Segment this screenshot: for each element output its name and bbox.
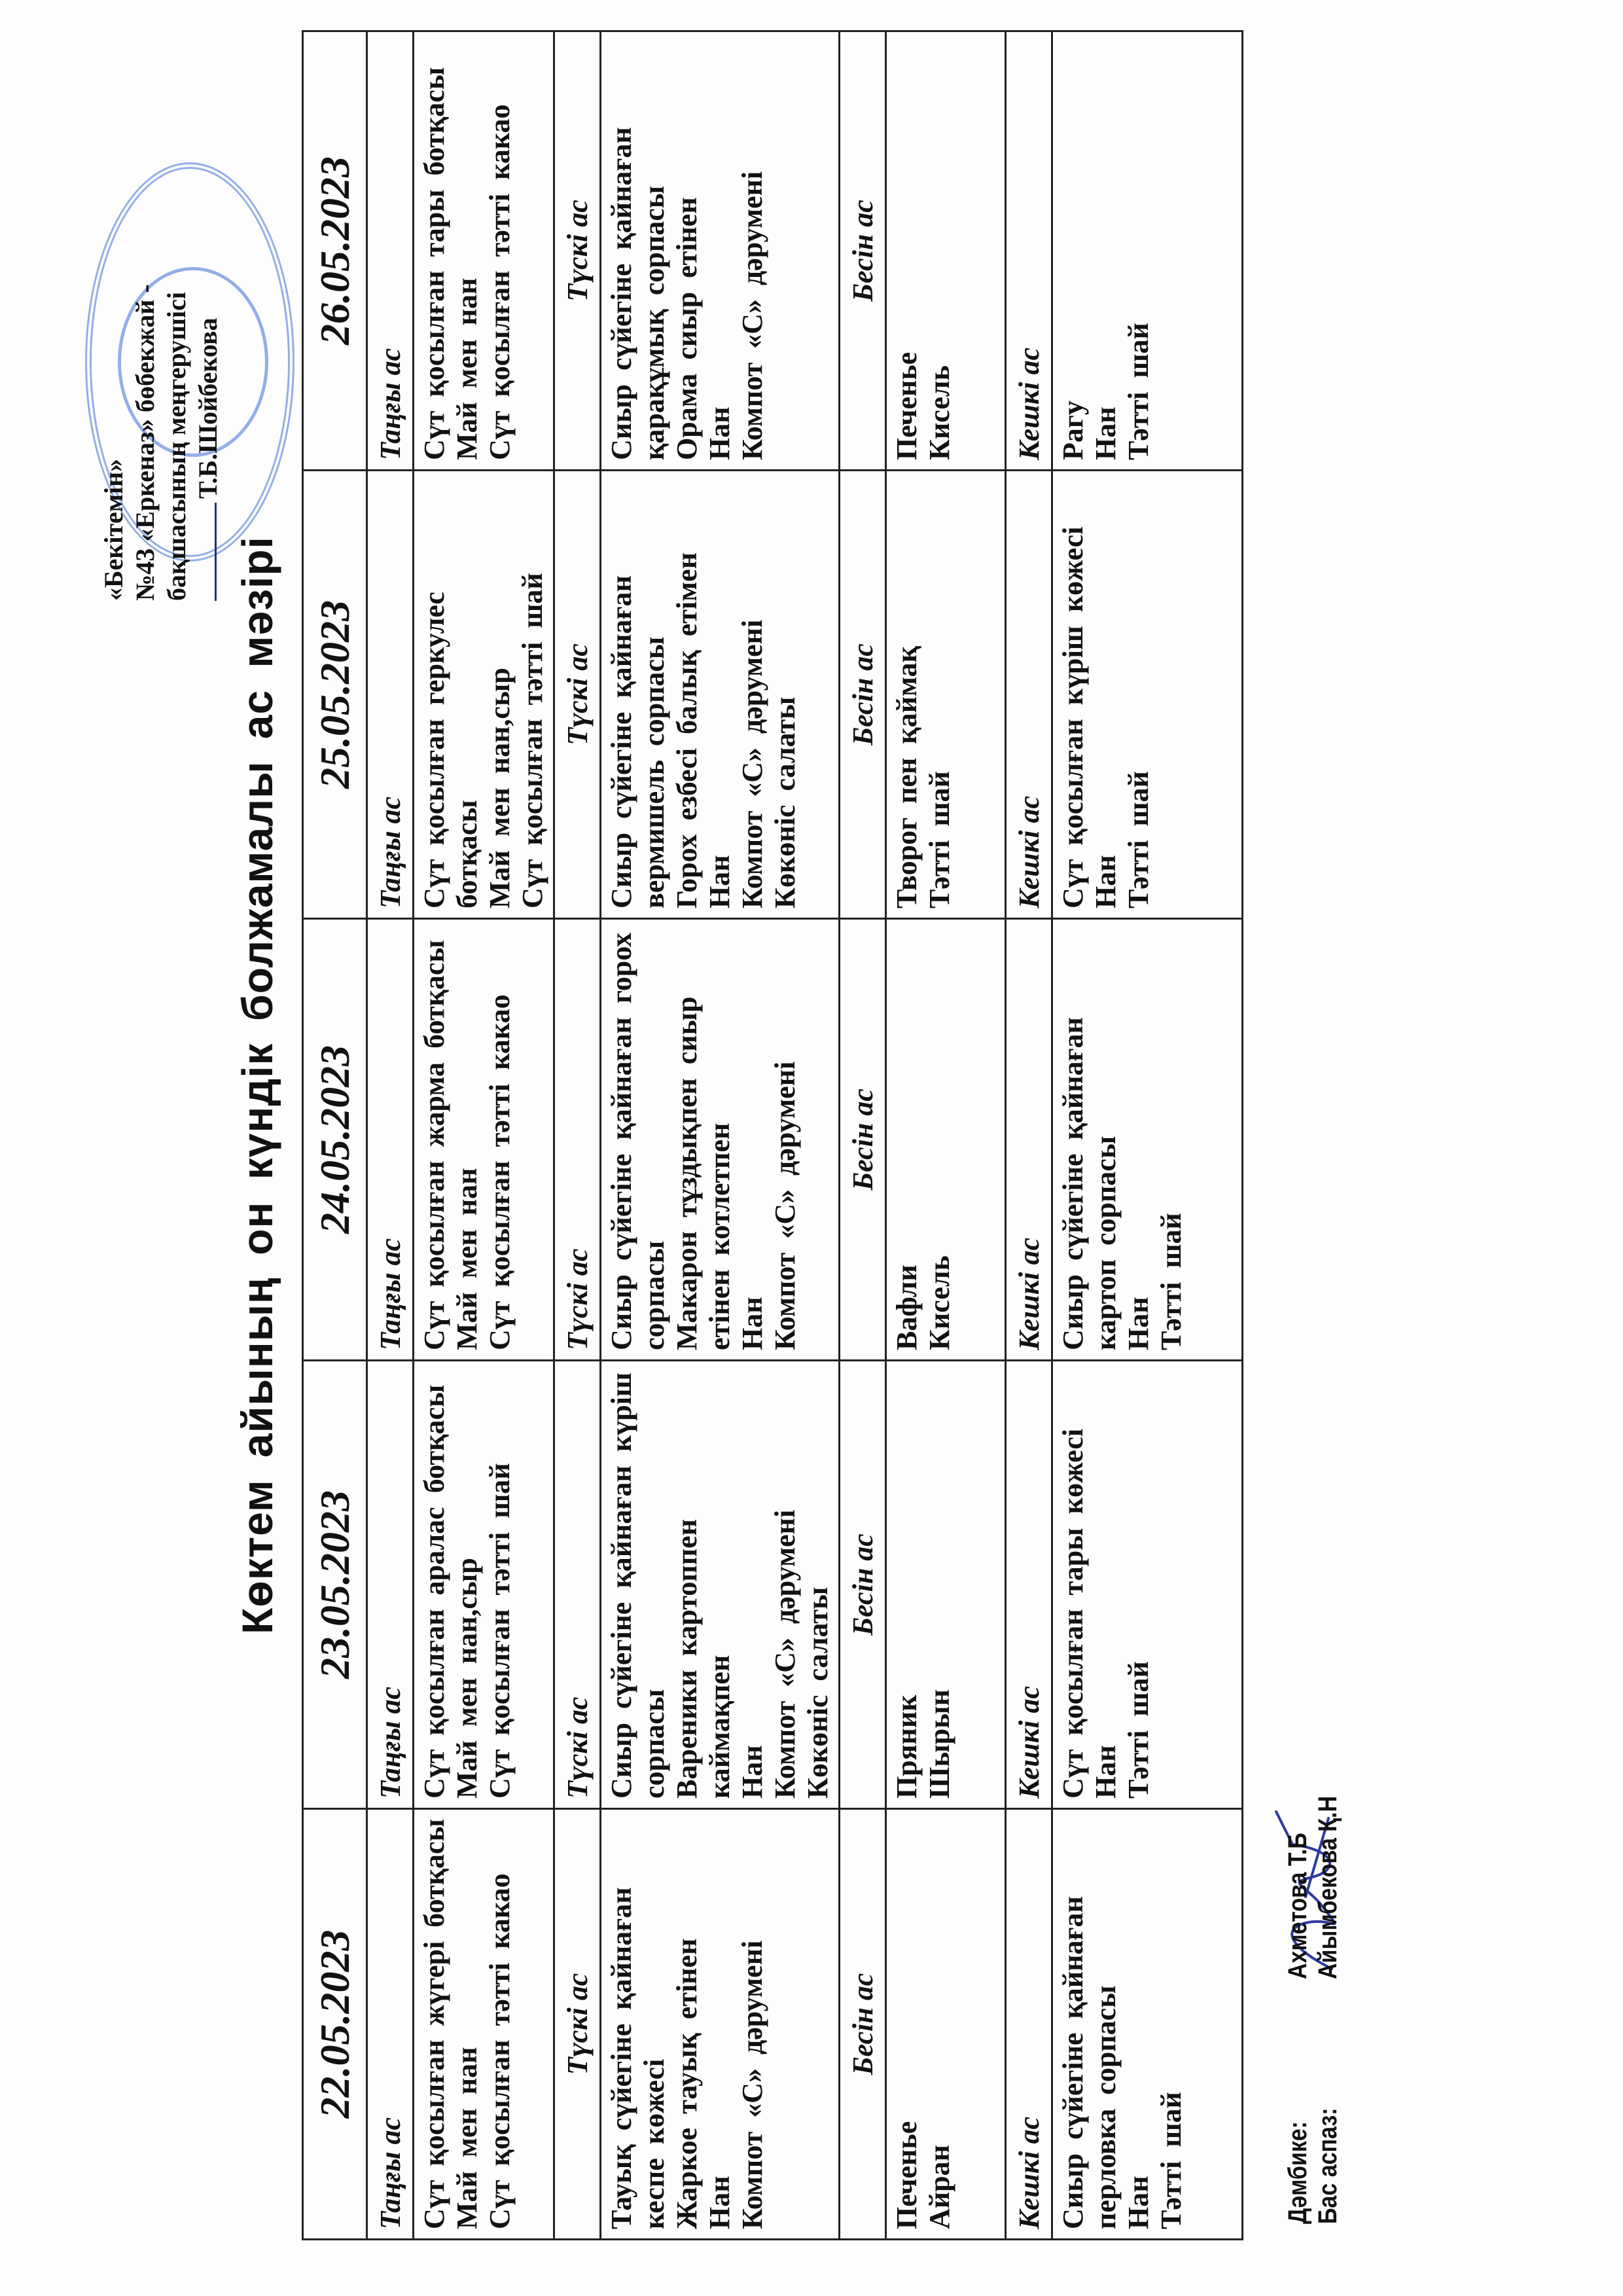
menu-item: Шырын <box>923 1371 956 1799</box>
menu-item: Компот «С» дәрумені <box>736 480 769 908</box>
menu-item: Сүт қосылған жүгері ботқасы <box>418 1819 451 2229</box>
menu-item: Компот «С» дәрумені <box>769 1371 802 1799</box>
breakfast-items: Сүт қосылған жүгері ботқасыМай мен нанСү… <box>414 1809 554 2240</box>
approval-block: «Бекітемін» №43 «Еркеназ» бөбекжай - бақ… <box>98 143 224 601</box>
menu-item: Пряник <box>891 1371 923 1799</box>
menu-item: Сүт қосылған тәтті какао <box>484 41 516 460</box>
signature-block: Дәмбике: Ахметова Т.Б Бас аспаз: Айымбек… <box>1283 1796 1343 2224</box>
menu-item: Сиыр сүйегіне қайнаған перловка сорпасы <box>1057 1819 1122 2229</box>
menu-item: Тәтті шай <box>1122 1371 1155 1799</box>
lunch-items: Сиыр сүйегіне қайнаған қарақұмық сорпасы… <box>601 31 840 471</box>
dinner-items: РагуНанТәтті шай <box>1052 31 1243 471</box>
menu-item: Компот «С» дәрумені <box>736 41 769 460</box>
menu-item: Тәтті шай <box>923 480 956 908</box>
signature-role: Бас аспаз: <box>1313 1979 1343 2224</box>
signature-role: Дәмбике: <box>1283 1979 1313 2224</box>
menu-item: Нан <box>704 1819 736 2229</box>
meal-label-snack: Бесін ас <box>840 471 886 919</box>
breakfast-items: Сүт қосылған аралас ботқасыМай мен нан,с… <box>414 1361 554 1809</box>
meal-label-snack: Бесін ас <box>840 31 886 471</box>
breakfast-row: Сүт қосылған жүгері ботқасыМай мен нанСү… <box>414 31 554 2240</box>
menu-item: Көкөніс салаты <box>802 1371 834 1799</box>
menu-table: 22.05.2023 23.05.2023 24.05.2023 25.05.2… <box>302 30 1243 2240</box>
menu-item: Нан <box>736 929 769 1350</box>
snack-label-row: Бесін ас Бесін ас Бесін ас Бесін ас Бесі… <box>840 31 886 2240</box>
snack-items: ВафлиКисель <box>886 919 1006 1361</box>
menu-item: Тауық сүйегіне қайнаған кеспе көжесі <box>605 1819 671 2229</box>
menu-item: Сүт қосылған аралас ботқасы <box>418 1371 451 1799</box>
menu-item: Сүт қосылған тары көжесі <box>1057 1371 1090 1799</box>
meal-label-lunch: Түскі ас <box>554 471 601 919</box>
menu-item: Нан <box>1090 480 1122 908</box>
menu-item: Тәтті шай <box>1155 929 1188 1350</box>
lunch-items: Сиыр сүйегіне қайнаған вермишель сорпасы… <box>601 471 840 919</box>
meal-label-lunch: Түскі ас <box>554 1361 601 1809</box>
menu-item: Макарон тұздықпен сиыр етінен котлетпен <box>671 929 736 1350</box>
date-header: 24.05.2023 <box>303 919 367 1361</box>
menu-item: Творог пен қаймақ <box>891 480 923 908</box>
snack-items: Творог пен қаймақТәтті шай <box>886 471 1006 919</box>
meal-label-dinner: Кешкі ас <box>1006 1809 1052 2240</box>
menu-item: Нан <box>1122 929 1155 1350</box>
menu-item: Сиыр сүйегіне қайнаған вермишель сорпасы <box>605 480 671 908</box>
menu-item: Вареники картоппен каймақпен <box>671 1371 736 1799</box>
menu-item: Печенье <box>891 41 923 460</box>
menu-item: Вафли <box>891 929 923 1350</box>
menu-item: Май мен нан <box>451 1819 484 2229</box>
lunch-items: Тауық сүйегіне қайнаған кеспе көжесіЖарк… <box>601 1809 840 2240</box>
menu-item: Компот «С» дәрумені <box>736 1819 769 2229</box>
menu-item: Сүт қосылған жарма ботқасы <box>418 929 451 1350</box>
menu-item: Сиыр сүйегіне қайнаған қарақұмық сорпасы <box>605 41 671 460</box>
date-header: 25.05.2023 <box>303 471 367 919</box>
meal-label-snack: Бесін ас <box>840 919 886 1361</box>
dinner-label-row: Кешкі ас Кешкі ас Кешкі ас Кешкі ас Кешк… <box>1006 31 1052 2240</box>
snack-items: ПеченьеАйран <box>886 1809 1006 2240</box>
menu-item: Горох езбесі балық етімен <box>671 480 704 908</box>
menu-item: Сүт қосылған тәтті какао <box>484 1819 516 2229</box>
page-title: Көктем айының он күндік болжамалы ас мәз… <box>232 332 282 1838</box>
menu-item: Сүт қосылған тәтті шай <box>484 1371 516 1799</box>
menu-item: Сүт қосылған тәтті шай <box>516 480 549 908</box>
breakfast-items: Сүт қосылған тары ботқасыМай мен нанСүт … <box>414 31 554 471</box>
snack-row: ПеченьеАйран ПряникШырын ВафлиКисель Тво… <box>886 31 1006 2240</box>
menu-item: Айран <box>923 1819 956 2229</box>
approval-line: «Бекітемін» <box>98 143 130 601</box>
dinner-items: Сүт қосылған күріш көжесіНанТәтті шай <box>1052 471 1243 919</box>
menu-item: Орама сиыр етінен <box>671 41 704 460</box>
date-header-row: 22.05.2023 23.05.2023 24.05.2023 25.05.2… <box>303 31 367 2240</box>
approval-line: №43 «Еркеназ» бөбекжай - <box>130 143 161 601</box>
menu-item: Нан <box>1090 41 1122 460</box>
lunch-items: Сиыр сүйегіне қайнаған күріш сорпасыВаре… <box>601 1361 840 1809</box>
meal-label-dinner: Кешкі ас <box>1006 1361 1052 1809</box>
signature-row: Дәмбике: Ахметова Т.Б <box>1283 1796 1313 2224</box>
menu-item: Сүт қосылған тары ботқасы <box>418 41 451 460</box>
menu-item: Нан <box>1122 1819 1155 2229</box>
meal-label-breakfast: Таңғы ас <box>367 1361 414 1809</box>
menu-item: Май мен нан,сыр <box>451 1371 484 1799</box>
snack-items: ПеченьеКисель <box>886 31 1006 471</box>
meal-label-dinner: Кешкі ас <box>1006 919 1052 1361</box>
signature-row: Бас аспаз: Айымбекова Қ.Н <box>1313 1796 1343 2224</box>
meal-label-snack: Бесін ас <box>840 1361 886 1809</box>
menu-item: Көкөніс салаты <box>769 480 802 908</box>
dinner-items: Сиыр сүйегіне қайнаған перловка сорпасыН… <box>1052 1809 1243 2240</box>
menu-item: Сиыр сүйегіне қайнаған картоп сорпасы <box>1057 929 1122 1350</box>
menu-item: Нан <box>704 480 736 908</box>
director-name: Т.Б.Шойбекова <box>193 318 223 499</box>
director-signature-icon <box>215 503 217 601</box>
approval-line: Т.Б.Шойбекова <box>192 143 224 601</box>
lunch-items: Сиыр сүйегіне қайнаған горох сорпасыМака… <box>601 919 840 1361</box>
date-header: 26.05.2023 <box>303 31 367 471</box>
menu-item: Май мен нан <box>451 929 484 1350</box>
meal-label-lunch: Түскі ас <box>554 919 601 1361</box>
dinner-items: Сиыр сүйегіне қайнаған картоп сорпасыНан… <box>1052 919 1243 1361</box>
rotated-page: «Бекітемін» №43 «Еркеназ» бөбекжай - бақ… <box>0 0 1623 2296</box>
menu-item: Сиыр сүйегіне қайнаған күріш сорпасы <box>605 1371 671 1799</box>
menu-item: Кисель <box>923 41 956 460</box>
lunch-label-row: Түскі ас Түскі ас Түскі ас Түскі ас Түск… <box>554 31 601 2240</box>
meal-label-breakfast: Таңғы ас <box>367 31 414 471</box>
menu-item: Тәтті шай <box>1155 1819 1188 2229</box>
meal-label-dinner: Кешкі ас <box>1006 31 1052 471</box>
menu-item: Тәтті шай <box>1122 480 1155 908</box>
menu-item: Жаркое тауық етінен <box>671 1819 704 2229</box>
signature-name: Айымбекова Қ.Н <box>1313 1796 1343 1979</box>
breakfast-items: Сүт қосылған жарма ботқасыМай мен нанСүт… <box>414 919 554 1361</box>
date-header: 22.05.2023 <box>303 1809 367 2240</box>
breakfast-label-row: Таңғы ас Таңғы ас Таңғы ас Таңғы ас Таңғ… <box>367 31 414 2240</box>
approval-line: бақшасының меңгерушісі <box>161 143 192 601</box>
menu-item: Печенье <box>891 1819 923 2229</box>
menu-item: Сиыр сүйегіне қайнаған горох сорпасы <box>605 929 671 1350</box>
menu-item: Рагу <box>1057 41 1090 460</box>
menu-item: Нан <box>704 41 736 460</box>
date-header: 23.05.2023 <box>303 1361 367 1809</box>
meal-label-breakfast: Таңғы ас <box>367 919 414 1361</box>
menu-item: Тәтті шай <box>1122 41 1155 460</box>
meal-label-dinner: Кешкі ас <box>1006 471 1052 919</box>
breakfast-items: Сүт қосылған геркулес ботқасыМай мен нан… <box>414 471 554 919</box>
dinner-items: Сүт қосылған тары көжесіНанТәтті шай <box>1052 1361 1243 1809</box>
snack-items: ПряникШырын <box>886 1361 1006 1809</box>
lunch-row: Тауық сүйегіне қайнаған кеспе көжесіЖарк… <box>601 31 840 2240</box>
meal-label-snack: Бесін ас <box>840 1809 886 2240</box>
menu-item: Сүт қосылған күріш көжесі <box>1057 480 1090 908</box>
menu-item: Май мен нан,сыр <box>484 480 516 908</box>
menu-item: Нан <box>736 1371 769 1799</box>
menu-item: Кисель <box>923 929 956 1350</box>
meal-label-lunch: Түскі ас <box>554 1809 601 2240</box>
dinner-row: Сиыр сүйегіне қайнаған перловка сорпасыН… <box>1052 31 1243 2240</box>
menu-item: Сүт қосылған геркулес ботқасы <box>418 480 484 908</box>
meal-label-breakfast: Таңғы ас <box>367 471 414 919</box>
menu-item: Компот «С» дәрумені <box>769 929 802 1350</box>
menu-item: Нан <box>1090 1371 1122 1799</box>
menu-item: Сүт қосылған тәтті какао <box>484 929 516 1350</box>
signature-name: Ахметова Т.Б <box>1283 1833 1313 1979</box>
meal-label-breakfast: Таңғы ас <box>367 1809 414 2240</box>
meal-label-lunch: Түскі ас <box>554 31 601 471</box>
menu-item: Май мен нан <box>451 41 484 460</box>
